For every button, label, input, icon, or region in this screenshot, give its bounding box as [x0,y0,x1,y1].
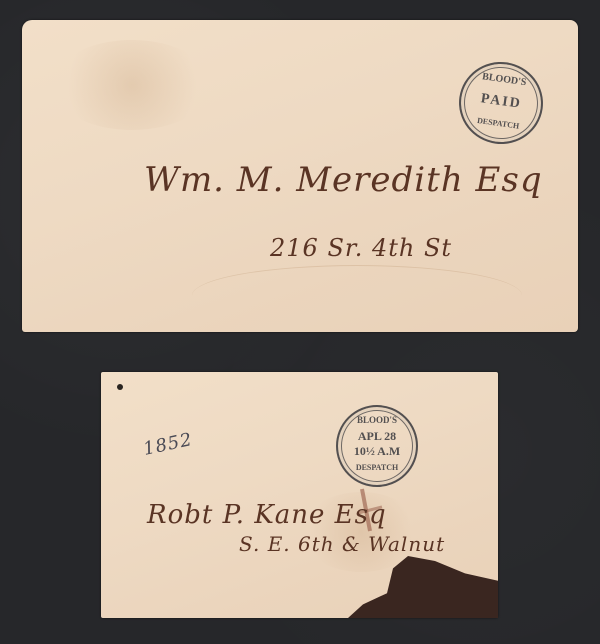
paper-stain [52,40,212,130]
year-note: 1852 [141,429,194,460]
recipient-name: Wm. M. Meredith Esq [144,160,543,200]
bottom-envelope: 1852 BLOOD'S APL 28 10½ A.M DESPATCH Rob… [101,372,498,618]
recipient-address: 216 Sr. 4th St [270,234,452,262]
postmark-time: 10½ A.M [338,444,416,459]
postmark-date: APL 28 [338,429,416,444]
postmark-top-text: BLOOD'S [338,415,416,425]
postmark-bottom-text: DESPATCH [338,463,416,472]
bloods-paid-postmark: BLOOD'S PAID DESPATCH [454,57,549,150]
paper-crease [192,265,522,326]
top-envelope: BLOOD'S PAID DESPATCH Wm. M. Meredith Es… [22,20,578,332]
postmark-center-text: PAID [460,89,541,116]
postmark-top-text: BLOOD'S [464,69,545,91]
punch-hole [117,384,123,390]
bloods-despatch-postmark: BLOOD'S APL 28 10½ A.M DESPATCH [336,405,418,487]
recipient-name: Robt P. Kane Esq [147,500,387,530]
postmark-bottom-text: DESPATCH [458,113,538,133]
recipient-address: S. E. 6th & Walnut [239,532,445,556]
